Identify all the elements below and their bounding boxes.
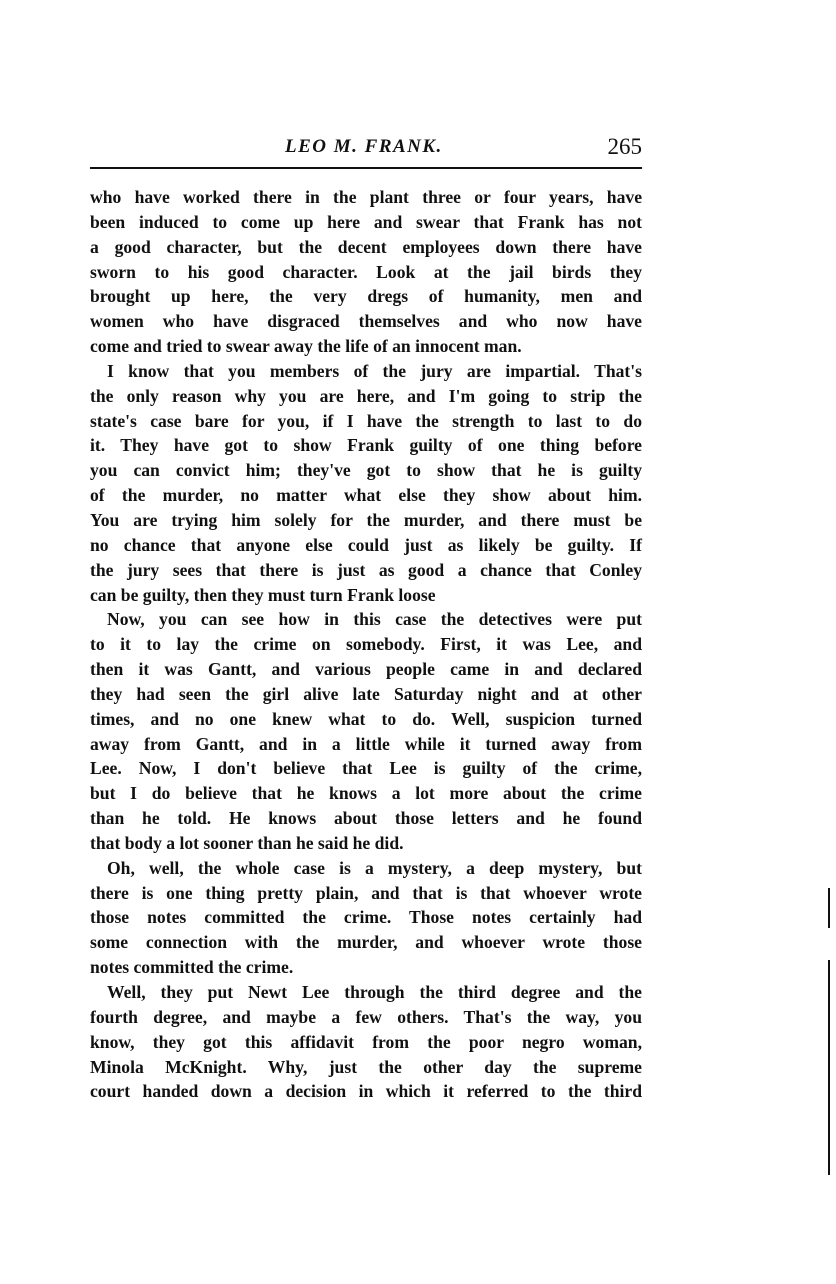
text-line: you can convict him; they've got to show… <box>90 458 642 483</box>
text-line: Oh, well, the whole case is a mystery, a… <box>90 856 642 881</box>
text-line: who have worked there in the plant three… <box>90 185 642 210</box>
text-line: that body a lot sooner than he said he d… <box>90 831 642 856</box>
text-line: than he told. He knows about those lette… <box>90 806 642 831</box>
body-text: who have worked there in the plant three… <box>90 185 642 1104</box>
text-line: the only reason why you are here, and I'… <box>90 384 642 409</box>
text-line: can be guilty, then they must turn Frank… <box>90 583 642 608</box>
paragraph-4: Oh, well, the whole case is a mystery, a… <box>90 856 642 980</box>
text-line: no chance that anyone else could just as… <box>90 533 642 558</box>
paragraph-5: Well, they put Newt Lee through the thir… <box>90 980 642 1104</box>
text-line: know, they got this affidavit from the p… <box>90 1030 642 1055</box>
text-line: they had seen the girl alive late Saturd… <box>90 682 642 707</box>
paragraph-2: I know that you members of the jury are … <box>90 359 642 607</box>
text-line: notes committed the crime. <box>90 955 642 980</box>
text-line: brought up here, the very dregs of human… <box>90 284 642 309</box>
scan-edge-mark <box>828 960 830 1175</box>
running-title: LEO M. FRANK. <box>285 136 443 158</box>
text-line: then it was Gantt, and various people ca… <box>90 657 642 682</box>
paragraph-3: Now, you can see how in this case the de… <box>90 607 642 855</box>
text-line: times, and no one knew what to do. Well,… <box>90 707 642 732</box>
text-line: You are trying him solely for the murder… <box>90 508 642 533</box>
book-page: LEO M. FRANK. 265 who have worked there … <box>0 0 836 1284</box>
text-line: to it to lay the crime on somebody. Firs… <box>90 632 642 657</box>
scan-edge-mark <box>828 888 830 928</box>
text-line: of the murder, no matter what else they … <box>90 483 642 508</box>
text-line: Well, they put Newt Lee through the thir… <box>90 980 642 1005</box>
text-line: been induced to come up here and swear t… <box>90 210 642 235</box>
text-line: Lee. Now, I don't believe that Lee is gu… <box>90 756 642 781</box>
header-rule <box>90 167 642 169</box>
text-line: fourth degree, and maybe a few others. T… <box>90 1005 642 1030</box>
running-head: LEO M. FRANK. 265 <box>90 136 642 166</box>
text-line: there is one thing pretty plain, and tha… <box>90 881 642 906</box>
text-line: court handed down a decision in which it… <box>90 1079 642 1104</box>
text-line: but I do believe that he knows a lot mor… <box>90 781 642 806</box>
text-line: a good character, but the decent employe… <box>90 235 642 260</box>
text-line: those notes committed the crime. Those n… <box>90 905 642 930</box>
paragraph-1: who have worked there in the plant three… <box>90 185 642 359</box>
text-line: Now, you can see how in this case the de… <box>90 607 642 632</box>
text-line: the jury sees that there is just as good… <box>90 558 642 583</box>
page-number: 265 <box>608 134 643 160</box>
text-line: women who have disgraced themselves and … <box>90 309 642 334</box>
text-line: I know that you members of the jury are … <box>90 359 642 384</box>
text-line: it. They have got to show Frank guilty o… <box>90 433 642 458</box>
text-line: away from Gantt, and in a little while i… <box>90 732 642 757</box>
text-line: come and tried to swear away the life of… <box>90 334 642 359</box>
text-line: some connection with the murder, and who… <box>90 930 642 955</box>
text-line: state's case bare for you, if I have the… <box>90 409 642 434</box>
text-line: sworn to his good character. Look at the… <box>90 260 642 285</box>
text-line: Minola McKnight. Why, just the other day… <box>90 1055 642 1080</box>
